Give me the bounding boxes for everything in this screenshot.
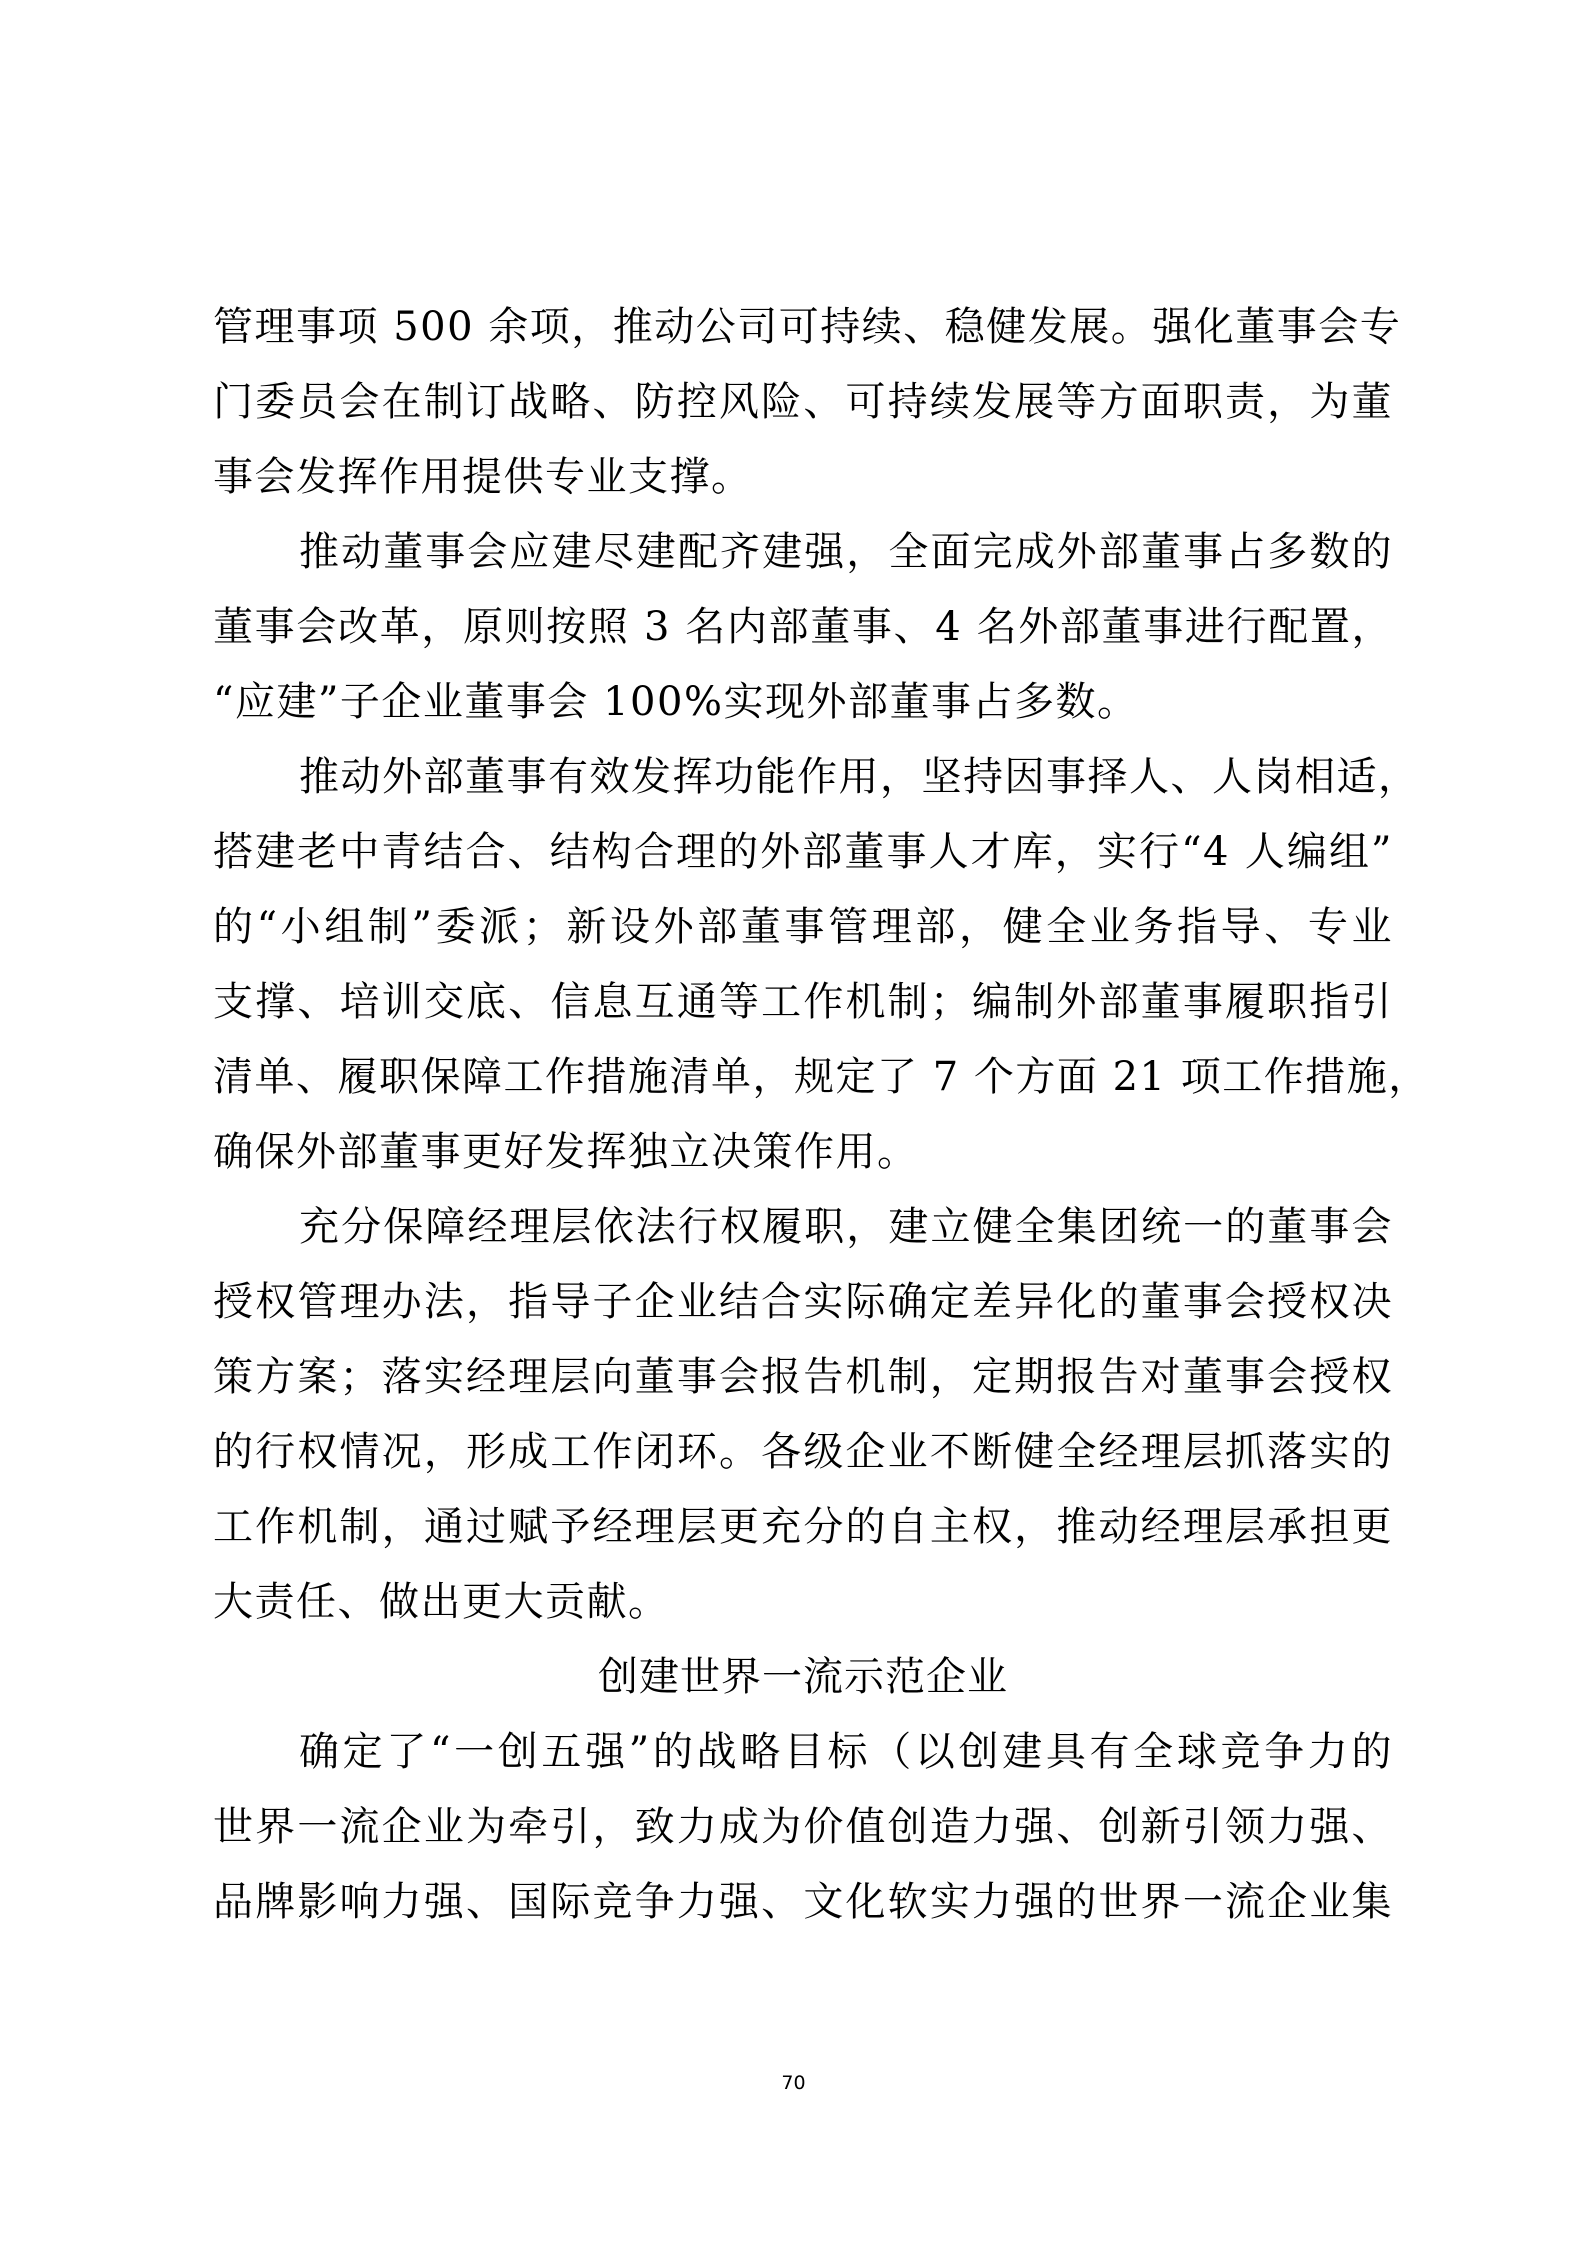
text-line: 充分保障经理层依法行权履职，建立健全集团统一的董事会 <box>213 1190 1393 1265</box>
text-line: 的行权情况，形成工作闭环。各级企业不断健全经理层抓落实的 <box>213 1415 1393 1490</box>
page-number: 70 <box>0 2072 1587 2094</box>
text-line: 大责任、做出更大贡献。 <box>213 1565 1393 1640</box>
section-heading: 创建世界一流示范企业 <box>213 1640 1393 1715</box>
body-text: 管理事项 500 余项，推动公司可持续、稳健发展。强化董事会专 门委员会在制订战… <box>213 290 1393 1940</box>
text-line: 董事会改革，原则按照 3 名内部董事、4 名外部董事进行配置， <box>213 590 1393 665</box>
text-line: 的“小组制”委派；新设外部董事管理部，健全业务指导、专业 <box>213 890 1393 965</box>
text-line: 事会发挥作用提供专业支撑。 <box>213 440 1393 515</box>
paragraph-world-class-strategy: 确定了“一创五强”的战略目标（以创建具有全球竞争力的 世界一流企业为牵引，致力成… <box>213 1715 1393 1940</box>
text-line: 授权管理办法，指导子企业结合实际确定差异化的董事会授权决 <box>213 1265 1393 1340</box>
text-line: 推动董事会应建尽建配齐建强，全面完成外部董事占多数的 <box>213 515 1393 590</box>
text-line: 品牌影响力强、国际竞争力强、文化软实力强的世界一流企业集 <box>213 1865 1393 1940</box>
text-line: 确定了“一创五强”的战略目标（以创建具有全球竞争力的 <box>213 1715 1393 1790</box>
text-line: 确保外部董事更好发挥独立决策作用。 <box>213 1115 1393 1190</box>
document-page: 管理事项 500 余项，推动公司可持续、稳健发展。强化董事会专 门委员会在制订战… <box>0 0 1587 2245</box>
text-line: 工作机制，通过赋予经理层更充分的自主权，推动经理层承担更 <box>213 1490 1393 1565</box>
paragraph-board-committees: 管理事项 500 余项，推动公司可持续、稳健发展。强化董事会专 门委员会在制订战… <box>213 290 1393 515</box>
paragraph-board-reform: 推动董事会应建尽建配齐建强，全面完成外部董事占多数的 董事会改革，原则按照 3 … <box>213 515 1393 740</box>
text-line: 世界一流企业为牵引，致力成为价值创造力强、创新引领力强、 <box>213 1790 1393 1865</box>
text-line: 清单、履职保障工作措施清单，规定了 7 个方面 21 项工作措施， <box>213 1040 1393 1115</box>
text-line: 门委员会在制订战略、防控风险、可持续发展等方面职责，为董 <box>213 365 1393 440</box>
text-line: 支撑、培训交底、信息互通等工作机制；编制外部董事履职指引 <box>213 965 1393 1040</box>
paragraph-external-directors: 推动外部董事有效发挥功能作用，坚持因事择人、人岗相适， 搭建老中青结合、结构合理… <box>213 740 1393 1190</box>
text-line: 管理事项 500 余项，推动公司可持续、稳健发展。强化董事会专 <box>213 290 1393 365</box>
text-line: 推动外部董事有效发挥功能作用，坚持因事择人、人岗相适， <box>213 740 1393 815</box>
text-line: “应建”子企业董事会 100%实现外部董事占多数。 <box>213 665 1393 740</box>
text-line: 策方案；落实经理层向董事会报告机制，定期报告对董事会授权 <box>213 1340 1393 1415</box>
text-line: 搭建老中青结合、结构合理的外部董事人才库，实行“4 人编组” <box>213 815 1393 890</box>
paragraph-management-authority: 充分保障经理层依法行权履职，建立健全集团统一的董事会 授权管理办法，指导子企业结… <box>213 1190 1393 1640</box>
